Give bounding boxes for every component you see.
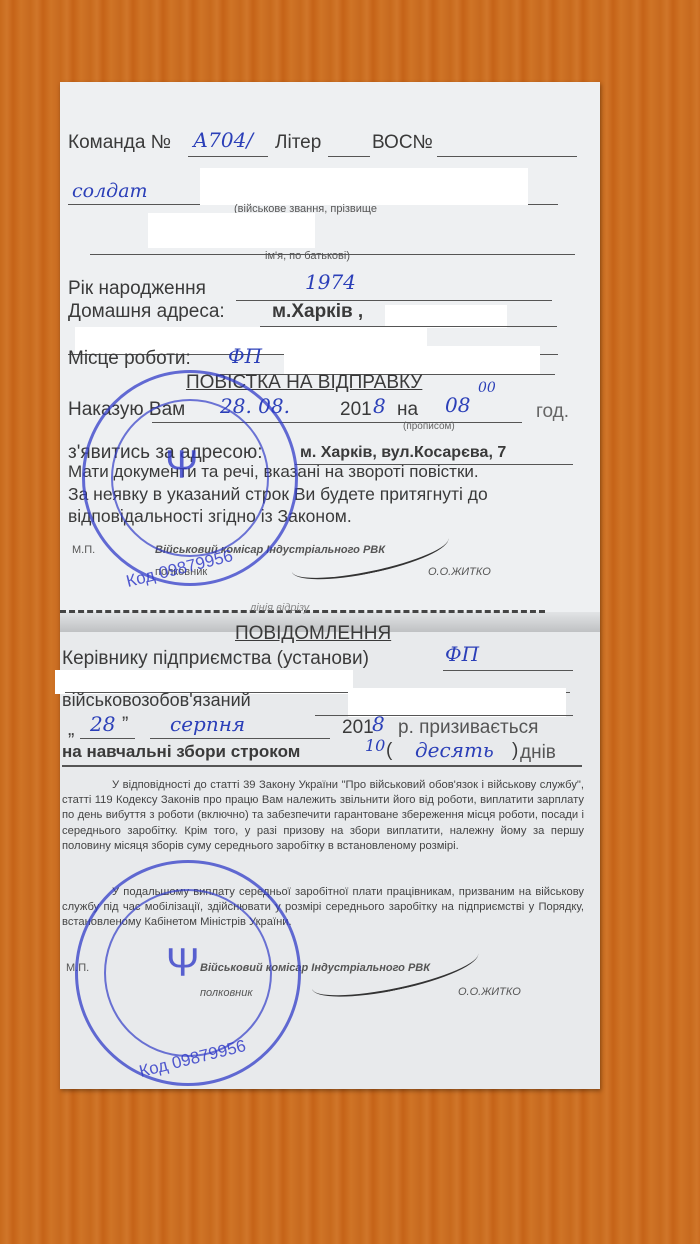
month-line [150,738,330,739]
team-value: А704/ [193,128,253,152]
order-caption: (прописом) [403,421,455,432]
order-time-minutes: 00 [478,380,496,396]
conscript-label: військовозобов'язаний [62,690,251,711]
rank-value: солдат [72,180,148,202]
manager-value: ФП [445,642,479,666]
days-number: 10 [365,736,385,755]
home-address-label: Домашня адреса: [68,301,225,323]
home-address-value: м.Харків , [272,301,363,323]
order-hour-unit: год. [536,401,569,423]
order-at: на [397,399,418,421]
official-stamp-lower: Ψ Код 09879956 [75,860,301,1086]
birth-year-label: Рік народження [68,278,206,300]
year-suffix: 8 [372,712,385,736]
manager-label: Керівнику підприємства (установи) [62,648,369,670]
day-line [80,738,135,739]
order-time: 08 [445,393,470,417]
mp-label: М.П. [72,544,95,556]
vos-label: ВОС№ [372,132,433,154]
commissar-name-lower: О.О.ЖИТКО [458,986,521,998]
manager-line [443,670,573,671]
vos-line [437,156,577,157]
redacted-street [385,305,507,328]
days-paren-open: ( [386,740,392,762]
name-caption: ім'я, по батькові) [265,250,350,262]
conscription-notice: Команда № А704/ Літер ВОС№ солдат (війсь… [60,82,600,1089]
redacted-name [148,213,315,248]
training-label: на навчальні збори строком [62,742,300,762]
official-stamp-upper: Ψ Код 09879956 [82,370,298,586]
birth-year-value: 1974 [305,270,356,294]
day-close-quote: ” [122,714,128,736]
day-open-quote: „ [68,719,74,741]
liter-line [328,156,370,157]
order-year-suffix: 8 [373,394,386,418]
liter-label: Літер [275,132,321,154]
days-unit: днів [520,742,556,764]
legal-paragraph-1: У відповідності до статті 39 Закону Укра… [62,778,584,854]
trident-icon: Ψ [165,443,198,488]
month-value: серпня [170,712,245,736]
training-line [62,765,582,767]
conscript-line [315,715,573,716]
called-text: р. призивається [398,717,538,739]
cut-line-label: лінія відрізу [250,602,309,614]
days-paren-close: ) [512,740,518,762]
team-label: Команда № [68,132,171,154]
workplace-value: ФП [228,344,262,368]
signature [288,521,452,589]
redacted-surname [200,168,528,205]
report-address-value: м. Харків, вул.Косарєва, 7 [300,444,506,462]
redacted-workplace [284,346,540,374]
trident-icon: Ψ [166,941,199,986]
team-line [188,156,268,157]
order-year-prefix: 201 [340,399,372,421]
day-value: 28 [90,712,115,736]
days-words: десять [415,738,494,762]
commissar-name: О.О.ЖИТКО [428,566,491,578]
workplace-label: Місце роботи: [68,348,191,370]
notice-title: ПОВІДОМЛЕННЯ [235,623,391,645]
